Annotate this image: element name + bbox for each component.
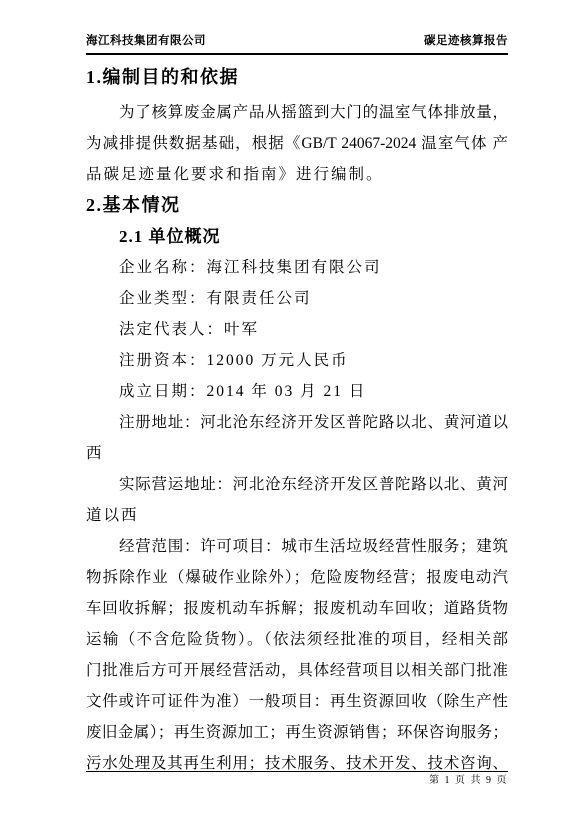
registered-capital-line: 注册资本：12000 万元人民币 — [86, 345, 508, 376]
company-name-line: 企业名称：海江科技集团有限公司 — [86, 252, 508, 283]
business-scope-line: 运输（不含危险货物）。（依法须经批准的项目，经相关部 — [86, 624, 508, 655]
legal-representative-line: 法定代表人：叶军 — [86, 314, 508, 345]
business-scope-line: 文件或许可证件为准）一般项目：再生资源回收（除生产性 — [86, 686, 508, 717]
section-2-1-heading: 2.1 单位概况 — [86, 221, 508, 252]
founding-date-line: 成立日期：2014 年 03 月 21 日 — [86, 376, 508, 407]
business-scope-line: 门批准后方可开展经营活动，具体经营项目以相关部门批准 — [86, 655, 508, 686]
registered-address-line: 西 — [86, 438, 508, 469]
document-body: 1.编制目的和依据 为了核算废金属产品从摇篮到大门的温室气体排放量， 为减排提供… — [86, 0, 508, 779]
document-footer: 第 1 页 共 9 页 — [86, 771, 508, 787]
company-type-line: 企业类型：有限责任公司 — [86, 283, 508, 314]
page-number: 第 1 页 共 9 页 — [429, 775, 508, 786]
section-1-heading: 1.编制目的和依据 — [86, 62, 508, 93]
business-scope-line: 废旧金属）；再生资源加工；再生资源销售；环保咨询服务； — [86, 717, 508, 748]
section-2-heading: 2.基本情况 — [86, 190, 508, 221]
business-scope-line: 物拆除作业（爆破作业除外）；危险废物经营；报废电动汽 — [86, 562, 508, 593]
business-scope-line: 车回收拆解；报废机动车拆解；报废机动车回收；道路货物 — [86, 593, 508, 624]
business-scope-line: 经营范围：许可项目：城市生活垃圾经营性服务；建筑 — [86, 531, 508, 562]
paragraph-line: 品碳足迹量化要求和指南》进行编制。 — [86, 159, 508, 190]
paragraph-line: 为了核算废金属产品从摇篮到大门的温室气体排放量， — [86, 97, 508, 128]
paragraph-line: 为减排提供数据基础，根据《GB/T 24067-2024 温室气体 产 — [86, 128, 508, 159]
registered-address-line: 注册地址：河北沧东经济开发区普陀路以北、黄河道以 — [86, 407, 508, 438]
operating-address-line: 实际营运地址：河北沧东经济开发区普陀路以北、黄河 — [86, 469, 508, 500]
document-page: 海江科技集团有限公司 碳足迹核算报告 1.编制目的和依据 为了核算废金属产品从摇… — [0, 0, 588, 830]
operating-address-line: 道以西 — [86, 500, 508, 531]
